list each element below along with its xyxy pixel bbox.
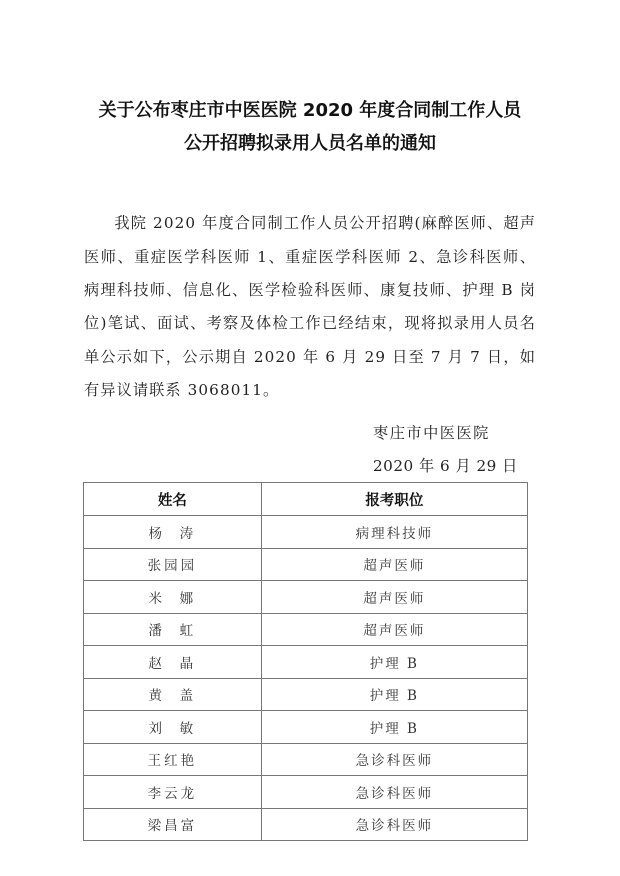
cell-position: 护理 B — [261, 711, 527, 744]
cell-name: 张园园 — [84, 548, 262, 581]
table-header-row: 姓名 报考职位 — [84, 483, 528, 516]
cell-position: 超声医师 — [261, 613, 527, 646]
cell-position: 急诊科医师 — [261, 743, 527, 776]
notice-title-line-1: 关于公布枣庄市中医医院 2020 年度合同制工作人员 — [0, 99, 620, 123]
signature-organization: 枣庄市中医医院 — [373, 421, 490, 445]
table-row: 张园园 超声医师 — [84, 548, 528, 581]
cell-position: 病理科技师 — [261, 516, 527, 549]
table-row: 王红艳 急诊科医师 — [84, 743, 528, 776]
cell-name: 黄 盖 — [84, 678, 262, 711]
cell-name: 米 娜 — [84, 581, 262, 614]
table-row: 梁昌富 急诊科医师 — [84, 808, 528, 841]
cell-name: 刘 敏 — [84, 711, 262, 744]
cell-name: 梁昌富 — [84, 808, 262, 841]
table-row: 刘 敏 护理 B — [84, 711, 528, 744]
cell-position: 超声医师 — [261, 581, 527, 614]
notice-title-line-2: 公开招聘拟录用人员名单的通知 — [0, 132, 620, 156]
signature-date: 2020 年 6 月 29 日 — [373, 454, 518, 478]
cell-name: 杨 涛 — [84, 516, 262, 549]
hire-list-table: 姓名 报考职位 杨 涛 病理科技师 张园园 超声医师 米 娜 超声医师 潘 虹 … — [83, 482, 528, 841]
cell-position: 超声医师 — [261, 548, 527, 581]
table-row: 潘 虹 超声医师 — [84, 613, 528, 646]
cell-position: 护理 B — [261, 646, 527, 679]
table-row: 黄 盖 护理 B — [84, 678, 528, 711]
table-row: 杨 涛 病理科技师 — [84, 516, 528, 549]
cell-position: 急诊科医师 — [261, 776, 527, 809]
cell-name: 李云龙 — [84, 776, 262, 809]
cell-name: 赵 晶 — [84, 646, 262, 679]
cell-name: 王红艳 — [84, 743, 262, 776]
cell-position: 急诊科医师 — [261, 808, 527, 841]
column-header-name: 姓名 — [84, 483, 262, 516]
cell-name: 潘 虹 — [84, 613, 262, 646]
column-header-position: 报考职位 — [261, 483, 527, 516]
cell-position: 护理 B — [261, 678, 527, 711]
table-row: 赵 晶 护理 B — [84, 646, 528, 679]
notice-body-paragraph: 我院 2020 年度合同制工作人员公开招聘(麻醉医师、超声医师、重症医学科医师 … — [84, 207, 536, 407]
table-row: 米 娜 超声医师 — [84, 581, 528, 614]
table-row: 李云龙 急诊科医师 — [84, 776, 528, 809]
